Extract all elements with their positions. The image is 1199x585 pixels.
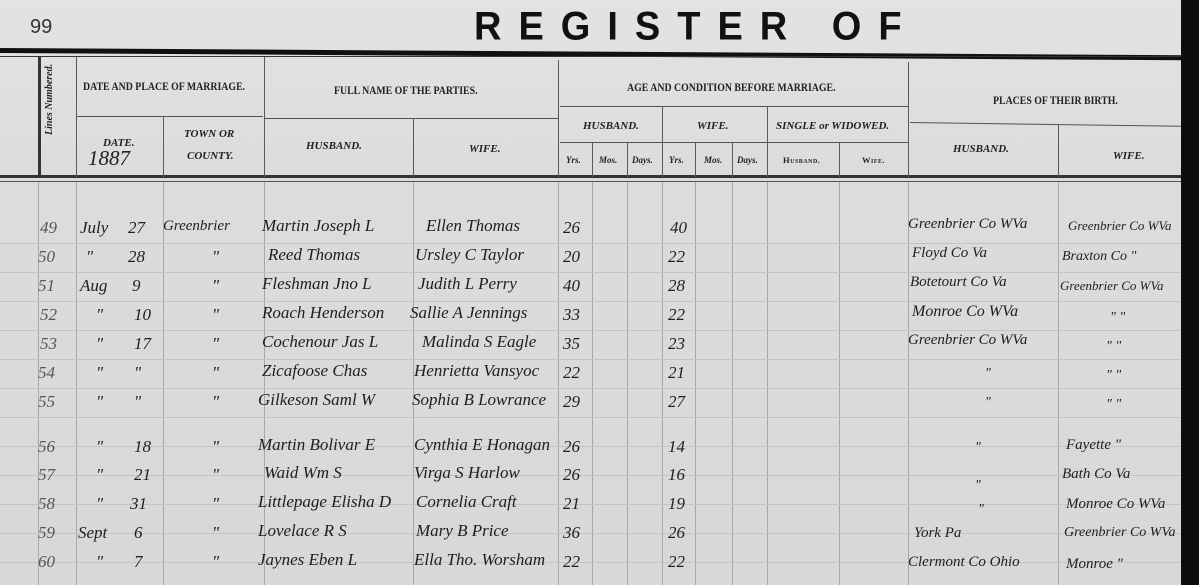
marriage-day: 21 bbox=[134, 465, 151, 485]
husband-age: 22 bbox=[563, 363, 580, 383]
husband-name: Roach Henderson bbox=[262, 303, 384, 323]
divider bbox=[910, 122, 1182, 127]
single-widowed-header: SINGLE or WIDOWED. bbox=[776, 120, 889, 132]
husband-name: Jaynes Eben L bbox=[258, 550, 357, 570]
divider bbox=[767, 106, 768, 177]
wife-birthplace: Braxton Co " bbox=[1062, 249, 1136, 265]
marriage-county: " bbox=[212, 392, 219, 412]
wife-name: Sophia B Lowrance bbox=[412, 390, 546, 410]
husband-birthplace: " bbox=[978, 502, 984, 518]
wife-age: 14 bbox=[668, 437, 685, 457]
husband-birthplace: Clermont Co Ohio bbox=[908, 554, 1020, 571]
wife-age: 21 bbox=[668, 363, 685, 383]
birth-wife-header: WIFE. bbox=[1113, 150, 1145, 162]
line-number: 54 bbox=[38, 363, 55, 383]
wife-age: 22 bbox=[668, 247, 685, 267]
line-number: 58 bbox=[38, 494, 55, 514]
wife-birthplace: Fayette " bbox=[1066, 437, 1121, 454]
husband-name: Gilkeson Saml W bbox=[258, 390, 375, 410]
wife-name: Virga S Harlow bbox=[414, 463, 520, 483]
husband-name: Littlepage Elisha D bbox=[258, 492, 391, 512]
husband-birthplace: " bbox=[985, 395, 991, 411]
divider bbox=[264, 57, 265, 177]
husband-age: 29 bbox=[563, 392, 580, 412]
husband-age: 26 bbox=[563, 218, 580, 238]
town-or-header: TOWN OR bbox=[184, 128, 234, 140]
row-line bbox=[0, 417, 1182, 418]
wife-name: Malinda S Eagle bbox=[422, 332, 536, 352]
husband-age: 36 bbox=[563, 523, 580, 543]
divider bbox=[695, 142, 696, 177]
line-number: 59 bbox=[38, 523, 55, 543]
year-label: 1887 bbox=[88, 146, 130, 171]
wife-birthplace: Monroe " bbox=[1066, 556, 1123, 573]
marriage-month: " bbox=[96, 363, 103, 383]
line-number: 52 bbox=[40, 305, 57, 325]
page-title: REGISTER OF bbox=[474, 5, 919, 50]
wife-age: 28 bbox=[668, 276, 685, 296]
age-husband-header: HUSBAND. bbox=[583, 120, 639, 132]
sw-wife-header: Wife. bbox=[862, 155, 885, 165]
husband-birthplace: Greenbrier Co WVa bbox=[908, 332, 1027, 349]
row-line bbox=[0, 243, 1182, 244]
birth-husband-header: HUSBAND. bbox=[953, 143, 1009, 155]
line-number: 55 bbox=[38, 392, 55, 412]
wife-birthplace: Greenbrier Co WVa bbox=[1064, 525, 1175, 541]
lines-numbered-label: Lines Numbered. bbox=[44, 64, 55, 135]
husband-name: Cochenour Jas L bbox=[262, 332, 378, 352]
wife-name: Cornelia Craft bbox=[416, 492, 517, 512]
row-line bbox=[0, 533, 1182, 534]
marriage-day: " bbox=[134, 392, 141, 412]
divider bbox=[732, 142, 733, 177]
husband-name: Waid Wm S bbox=[264, 463, 342, 483]
marriage-month: Aug bbox=[80, 276, 107, 296]
wife-birthplace: " " bbox=[1110, 310, 1125, 326]
row-line bbox=[0, 388, 1182, 389]
husband-age: 40 bbox=[563, 276, 580, 296]
marriage-county: " bbox=[212, 437, 219, 457]
wife-name: Ella Tho. Worsham bbox=[414, 550, 545, 570]
divider bbox=[163, 117, 164, 177]
marriage-day: 17 bbox=[134, 334, 151, 354]
wife-birthplace: Greenbrier Co WVa bbox=[1060, 278, 1164, 294]
marriage-month: " bbox=[96, 437, 103, 457]
wife-age: 27 bbox=[668, 392, 685, 412]
marriage-day: 27 bbox=[128, 218, 145, 238]
page-number: 99 bbox=[30, 16, 52, 39]
marriage-month: " bbox=[96, 392, 103, 412]
marriage-county: " bbox=[212, 363, 219, 383]
wife-birthplace: " " bbox=[1106, 397, 1121, 413]
wife-name-header: WIFE. bbox=[469, 143, 501, 155]
wife-name: Ellen Thomas bbox=[426, 216, 520, 236]
wife-birthplace: " " bbox=[1106, 368, 1121, 384]
husband-name: Martin Joseph L bbox=[262, 216, 374, 236]
date-place-header: DATE AND PLACE OF MARRIAGE. bbox=[83, 79, 245, 94]
marriage-month: July bbox=[80, 218, 108, 238]
divider bbox=[413, 119, 414, 177]
divider bbox=[592, 142, 593, 177]
husband-birthplace: " bbox=[985, 366, 991, 382]
divider bbox=[908, 62, 909, 177]
row-line bbox=[0, 272, 1182, 273]
husband-name-header: HUSBAND. bbox=[306, 140, 362, 152]
marriage-day: " bbox=[134, 363, 141, 383]
divider bbox=[1058, 125, 1059, 177]
husband-birthplace: Floyd Co Va bbox=[912, 245, 987, 262]
husband-yrs-header: Yrs. bbox=[566, 155, 581, 165]
row-line bbox=[0, 359, 1182, 360]
marriage-county: " bbox=[212, 465, 219, 485]
marriage-county: Greenbrier bbox=[163, 218, 230, 235]
marriage-month: " bbox=[86, 247, 93, 267]
marriage-month: " bbox=[96, 305, 103, 325]
line-number: 50 bbox=[38, 247, 55, 267]
husband-name: Fleshman Jno L bbox=[262, 274, 372, 294]
wife-birthplace: Bath Co Va bbox=[1062, 466, 1130, 483]
husband-age: 26 bbox=[563, 465, 580, 485]
husband-age: 26 bbox=[563, 437, 580, 457]
full-name-header: FULL NAME OF THE PARTIES. bbox=[334, 83, 478, 98]
husband-birthplace: " bbox=[975, 478, 981, 494]
husband-age: 33 bbox=[563, 305, 580, 325]
divider bbox=[77, 116, 263, 117]
marriage-day: 31 bbox=[130, 494, 147, 514]
marriage-county: " bbox=[212, 494, 219, 514]
line-number: 49 bbox=[40, 218, 57, 238]
row-line bbox=[0, 475, 1182, 476]
wife-age: 26 bbox=[668, 523, 685, 543]
header-rule-thin bbox=[0, 56, 1185, 57]
wife-name: Henrietta Vansyoc bbox=[414, 361, 539, 381]
age-wife-header: WIFE. bbox=[697, 120, 729, 132]
marriage-day: 10 bbox=[134, 305, 151, 325]
husband-birthplace: Botetourt Co Va bbox=[910, 274, 1007, 291]
line-number: 53 bbox=[40, 334, 57, 354]
husband-age: 35 bbox=[563, 334, 580, 354]
register-page: 99 REGISTER OF Lines bbox=[0, 0, 1185, 585]
row-line bbox=[0, 301, 1182, 302]
marriage-county: " bbox=[212, 276, 219, 296]
age-condition-header: AGE AND CONDITION BEFORE MARRIAGE. bbox=[627, 80, 836, 95]
husband-days-header: Days. bbox=[632, 155, 653, 165]
marriage-county: " bbox=[212, 305, 219, 325]
husband-age: 22 bbox=[563, 552, 580, 572]
divider bbox=[558, 60, 559, 177]
marriage-county: " bbox=[212, 523, 219, 543]
marriage-month: " bbox=[96, 334, 103, 354]
wife-name: Mary B Price bbox=[416, 521, 509, 541]
marriage-month: " bbox=[96, 494, 103, 514]
line-number: 60 bbox=[38, 552, 55, 572]
wife-age: 22 bbox=[668, 552, 685, 572]
husband-age: 21 bbox=[563, 494, 580, 514]
marriage-county: " bbox=[212, 247, 219, 267]
wife-birthplace: " " bbox=[1106, 339, 1121, 355]
wife-birthplace: Greenbrier Co WVa bbox=[1068, 218, 1172, 234]
wife-yrs-header: Yrs. bbox=[669, 155, 684, 165]
row-line bbox=[0, 330, 1182, 331]
wife-name: Judith L Perry bbox=[418, 274, 517, 294]
divider bbox=[560, 142, 908, 143]
book-binding-edge bbox=[1181, 0, 1199, 585]
divider bbox=[627, 142, 628, 177]
wife-name: Cynthia E Honagan bbox=[414, 435, 550, 455]
husband-birthplace: " bbox=[975, 440, 981, 456]
husband-name: Lovelace R S bbox=[258, 521, 347, 541]
marriage-day: 6 bbox=[134, 523, 143, 543]
divider bbox=[38, 57, 41, 177]
marriage-day: 9 bbox=[132, 276, 141, 296]
husband-age: 20 bbox=[563, 247, 580, 267]
wife-age: 22 bbox=[668, 305, 685, 325]
husband-mos-header: Mos. bbox=[599, 155, 617, 165]
wife-name: Sallie A Jennings bbox=[410, 303, 527, 323]
wife-name: Ursley C Taylor bbox=[415, 245, 524, 265]
line-number: 56 bbox=[38, 437, 55, 457]
husband-birthplace: Greenbrier Co WVa bbox=[908, 216, 1027, 233]
husband-name: Zicafoose Chas bbox=[262, 361, 367, 381]
marriage-county: " bbox=[212, 334, 219, 354]
marriage-day: 18 bbox=[134, 437, 151, 457]
places-birth-header: PLACES OF THEIR BIRTH. bbox=[993, 93, 1118, 108]
marriage-month: " bbox=[96, 552, 103, 572]
divider bbox=[839, 142, 840, 177]
wife-days-header: Days. bbox=[737, 155, 758, 165]
divider bbox=[560, 106, 908, 107]
row-line bbox=[0, 446, 1182, 447]
marriage-month: " bbox=[96, 465, 103, 485]
wife-mos-header: Mos. bbox=[704, 155, 722, 165]
marriage-day: 7 bbox=[134, 552, 143, 572]
divider bbox=[662, 106, 663, 177]
husband-birthplace: Monroe Co WVa bbox=[912, 303, 1018, 321]
marriage-day: 28 bbox=[128, 247, 145, 267]
wife-age: 16 bbox=[668, 465, 685, 485]
marriage-month: Sept bbox=[78, 523, 107, 543]
sw-husband-header: Husband. bbox=[783, 155, 820, 165]
wife-age: 23 bbox=[668, 334, 685, 354]
husband-name: Reed Thomas bbox=[268, 245, 360, 265]
husband-birthplace: York Pa bbox=[914, 525, 961, 542]
husband-name: Martin Bolivar E bbox=[258, 435, 375, 455]
line-number: 57 bbox=[38, 465, 55, 485]
wife-age: 40 bbox=[670, 218, 687, 238]
wife-age: 19 bbox=[668, 494, 685, 514]
county-header: COUNTY. bbox=[187, 150, 234, 162]
line-number: 51 bbox=[38, 276, 55, 296]
marriage-county: " bbox=[212, 552, 219, 572]
wife-birthplace: Monroe Co WVa bbox=[1066, 496, 1165, 513]
divider bbox=[265, 118, 558, 119]
row-line bbox=[0, 504, 1182, 505]
divider bbox=[76, 57, 77, 177]
